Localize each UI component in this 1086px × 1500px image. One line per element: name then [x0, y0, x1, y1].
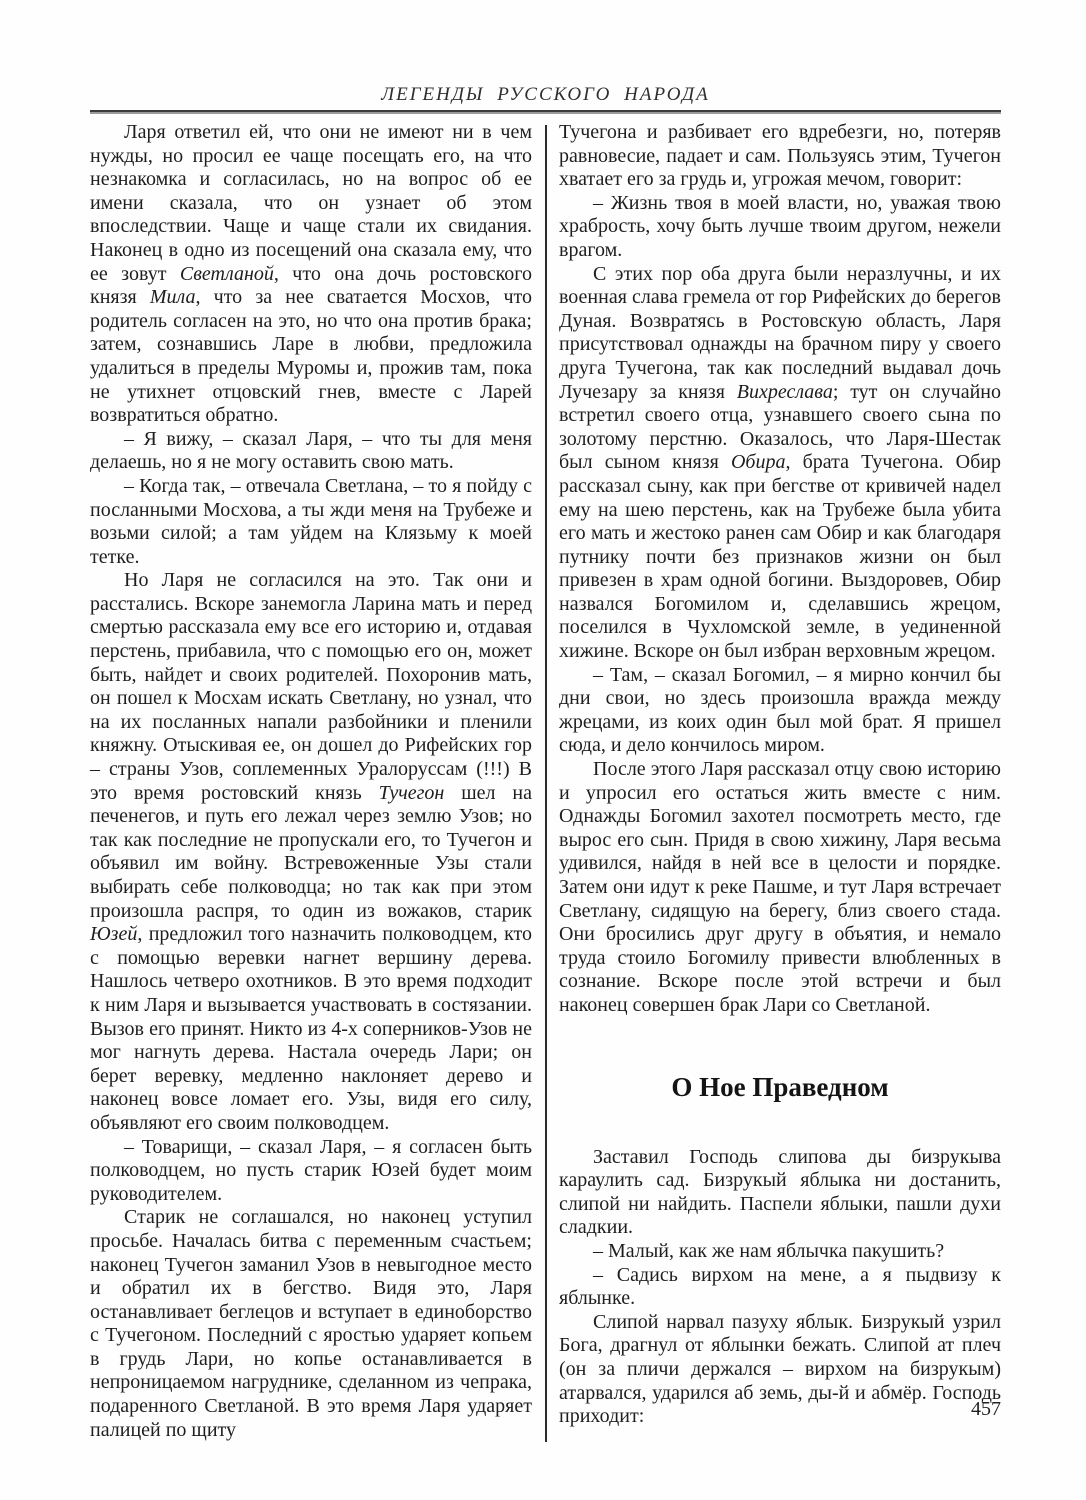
text-run: – Жизнь твоя в моей власти, но, уважая т… — [559, 192, 1001, 261]
right-column: Тучегона и разбивает его вдребезги, но, … — [559, 121, 1001, 1442]
text-run: , брата Тучегона. Обир рассказал сыну, к… — [559, 451, 1001, 662]
body-paragraph: Заставил Господь слипова ды бизрукыва ка… — [559, 1146, 1001, 1240]
section-heading: О Ное Праведном — [559, 1072, 1001, 1102]
body-paragraph: – Товарищи, – сказал Ларя, – я согласен … — [90, 1136, 532, 1207]
italic-name-run: Юзей — [90, 923, 137, 945]
body-paragraph: После этого Ларя рассказал отцу свою ист… — [559, 758, 1001, 1018]
body-paragraph: – Жизнь твоя в моей власти, но, уважая т… — [559, 192, 1001, 263]
text-run: – Когда так, – отвечала Светлана, – то я… — [90, 475, 532, 568]
text-run: Ларя ответил ей, что они не имеют ни в ч… — [90, 121, 532, 285]
text-run: – Товарищи, – сказал Ларя, – я согласен … — [90, 1136, 532, 1205]
text-run: Тучегона и разбивает его вдребезги, но, … — [559, 121, 1001, 190]
text-run: – Малый, как же нам яблычка пакушить? — [593, 1240, 944, 1262]
body-paragraph: – Когда так, – отвечала Светлана, – то я… — [90, 475, 532, 569]
text-run: – Там, – сказал Богомил, – я мирно кончи… — [559, 664, 1001, 757]
body-paragraph: Но Ларя не согласился на это. Так они и … — [90, 569, 532, 1135]
header-rule — [90, 110, 1001, 114]
body-paragraph: Тучегона и разбивает его вдребезги, но, … — [559, 121, 1001, 192]
body-paragraph: – Там, – сказал Богомил, – я мирно кончи… — [559, 664, 1001, 758]
body-paragraph: – Садись вирхом на мене, а я пыдвизу к я… — [559, 1264, 1001, 1311]
text-run: , предложил того назначить полководцем, … — [90, 923, 532, 1134]
italic-name-run: Вихреслава — [737, 381, 833, 403]
body-paragraph: – Я вижу, – сказал Ларя, – что ты для ме… — [90, 428, 532, 475]
italic-name-run: Тучегон — [379, 782, 445, 804]
text-run: – Я вижу, – сказал Ларя, – что ты для ме… — [90, 428, 532, 474]
italic-name-run: Светланой — [180, 263, 274, 285]
body-paragraph: – Малый, как же нам яблычка пакушить? — [559, 1240, 1001, 1264]
text-columns: Ларя ответил ей, что они не имеют ни в ч… — [90, 121, 1001, 1442]
column-divider-rule — [545, 125, 547, 1442]
italic-name-run: Обира — [731, 451, 786, 473]
running-head-title: ЛЕГЕНДЫ РУССКОГО НАРОДА — [90, 84, 1001, 106]
body-paragraph: Ларя ответил ей, что они не имеют ни в ч… — [90, 121, 532, 428]
text-run: Заставил Господь слипова ды бизрукыва ка… — [559, 1146, 1001, 1239]
italic-name-run: Мила — [150, 286, 196, 308]
text-run: После этого Ларя рассказал отцу свою ист… — [559, 758, 1001, 1016]
page-number: 457 — [90, 1398, 1001, 1421]
text-run: Но Ларя не согласился на это. Так они и … — [90, 569, 532, 803]
text-run: – Садись вирхом на мене, а я пыдвизу к я… — [559, 1264, 1001, 1310]
left-column: Ларя ответил ей, что они не имеют ни в ч… — [90, 121, 532, 1442]
body-paragraph: С этих пор оба друга были неразлучны, и … — [559, 263, 1001, 664]
book-page: ЛЕГЕНДЫ РУССКОГО НАРОДА Ларя ответил ей,… — [0, 0, 1086, 1500]
